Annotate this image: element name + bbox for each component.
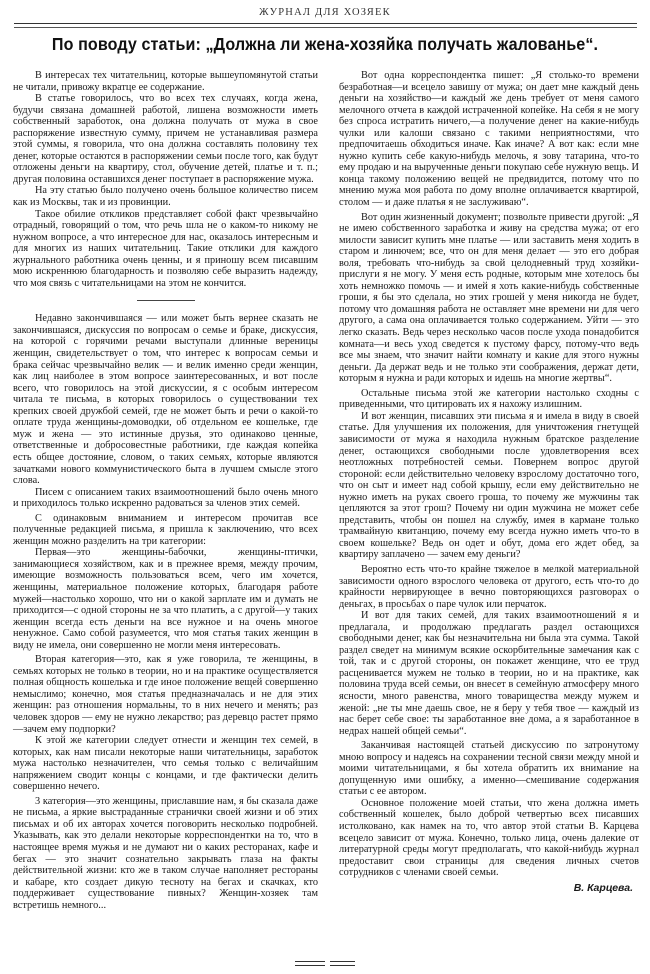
magazine-page: ЖУРНАЛ ДЛЯ ХОЗЯЕК По поводу статьи: „Дол… [0, 0, 650, 974]
section-divider [137, 300, 195, 301]
header-double-rule [14, 23, 637, 28]
paragraph: Остальные письма этой же категории насто… [339, 388, 639, 411]
column-end-rule [330, 961, 355, 966]
paragraph: И вот для таких семей, для таких взаимоо… [339, 610, 639, 737]
paragraph: Вторая категория—это, как я уже говорила… [13, 654, 318, 735]
paragraph: Писем с описанием таких взаимоотношений … [13, 487, 318, 510]
paragraph: Заканчивая настоящей статьей дискуссию п… [339, 740, 639, 798]
author-signature: В. Карцева. [339, 883, 639, 895]
paragraph: С одинаковым вниманием и интересом прочи… [13, 513, 318, 548]
paragraph: Основное положение моей статьи, что жена… [339, 798, 639, 879]
paragraph: 3 категория—это женщины, приславшие нам,… [13, 796, 318, 911]
paragraph: На эту статью было получено очень большо… [13, 185, 318, 208]
column-end-rule [295, 961, 325, 966]
paragraph: И вот женщин, писавших эти письма я и им… [339, 411, 639, 561]
running-head: ЖУРНАЛ ДЛЯ ХОЗЯЕК [0, 7, 650, 18]
paragraph: В статье говорилось, что во всех тех слу… [13, 93, 318, 185]
paragraph: Вот одна корреспондентка пишет: „Я столь… [339, 70, 639, 209]
paragraph: Первая—это женщины-бабочки, женщины-птич… [13, 547, 318, 651]
paragraph: Вот один жизненный документ; позвольте п… [339, 212, 639, 385]
paragraph: Вероятно есть что-то крайне тяжелое в ме… [339, 564, 639, 610]
paragraph: Недавно закончившаяся — или может быть в… [13, 313, 318, 486]
paragraph: Такое обилие откликов представляет собой… [13, 209, 318, 290]
paragraph: К этой же категории следует отнести и же… [13, 735, 318, 793]
right-column: Вот одна корреспондентка пишет: „Я столь… [339, 70, 639, 894]
left-column: В интересах тех читательниц, которые выш… [13, 70, 318, 911]
article-title: По поводу статьи: „Должна ли жена-хозяйк… [26, 34, 624, 55]
paragraph: В интересах тех читательниц, которые выш… [13, 70, 318, 93]
